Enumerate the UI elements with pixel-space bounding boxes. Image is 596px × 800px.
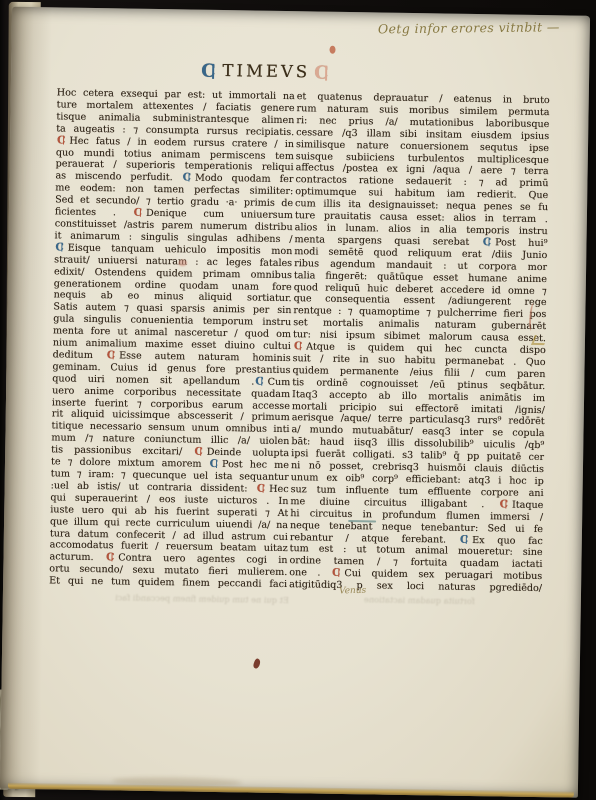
text-line: Et qui ne tum quidem finem peccandi faci [49, 575, 287, 591]
text-column-right: et quatenus deprauatur / eatenus in brut… [289, 91, 550, 595]
paraph-mark-icon: C [209, 458, 223, 470]
paraph-mark-icon: C [293, 341, 307, 352]
photo-background: Oetg infor erores vitnbit — CTIMEVSC Hoc… [0, 0, 596, 800]
ink-stain [252, 658, 261, 669]
book-page: Oetg infor erores vitnbit — CTIMEVSC Hoc… [0, 7, 590, 798]
ink-stain [329, 46, 335, 54]
ink-stain [178, 259, 187, 266]
paraph-mark-icon: C [254, 375, 268, 387]
title-text: TIMEVS [222, 61, 310, 81]
page-bottom-edge [8, 783, 574, 798]
verso-showthrough-right: fortuita quadam iactatione [295, 593, 475, 606]
paraph-mark-icon: C [459, 533, 473, 545]
handwritten-annotation-top: Oetg infor erores vitnbit — [378, 19, 593, 37]
blue-paraph-icon: C [199, 61, 223, 82]
red-paraph-icon: C [312, 62, 336, 83]
paraph-mark-icon: C [56, 135, 70, 146]
paraph-mark-icon: C [106, 349, 120, 361]
verso-showthrough-left: Et qui ne tum quidem finem peccandi faci [43, 591, 289, 605]
handwritten-annotation-bottom: Venus [339, 586, 366, 597]
paraph-mark-icon: C [54, 242, 68, 253]
paraph-mark-icon: C [331, 567, 345, 579]
paraph-mark-icon: C [182, 172, 196, 184]
paraph-mark-icon: C [105, 552, 119, 564]
paraph-mark-icon: C [256, 482, 270, 494]
chapter-title: CTIMEVSC [199, 60, 429, 88]
paraph-mark-icon: C [193, 446, 207, 458]
paraph-mark-icon: C [482, 236, 496, 248]
paraph-mark-icon: C [133, 207, 147, 219]
reader-underline-mark [348, 520, 376, 522]
paraph-mark-icon: C [499, 498, 513, 510]
text-column-left: Hoc cetera exsequi par est: ut immortali… [49, 87, 295, 591]
